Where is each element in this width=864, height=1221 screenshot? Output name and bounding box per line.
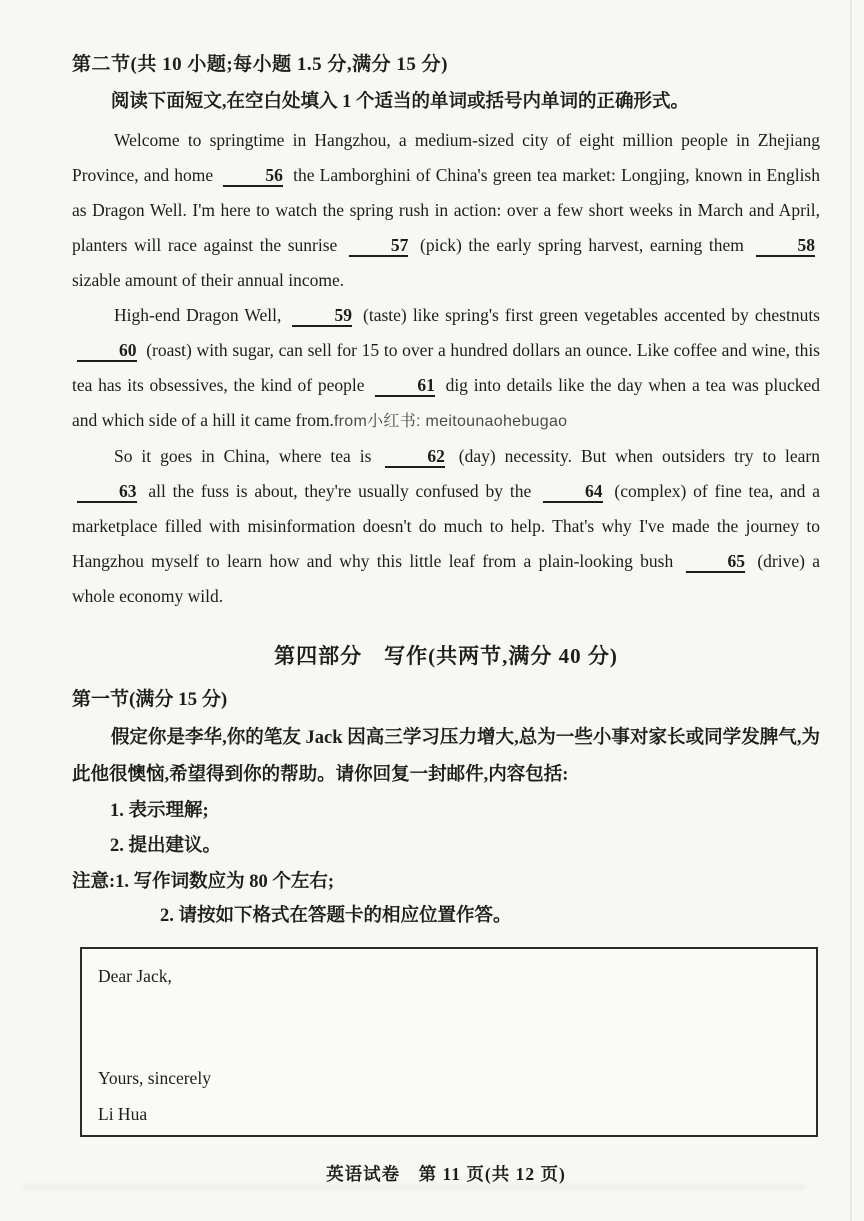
part-four-heading: 第四部分 写作(共两节,满分 40 分) bbox=[72, 640, 820, 672]
scan-edge-artifact-right bbox=[850, 0, 852, 1221]
passage-text: all the fuss is about, they're usually c… bbox=[142, 481, 539, 501]
passage-text: High-end Dragon Well, bbox=[114, 305, 287, 325]
passage-paragraph-1: Welcome to springtime in Hangzhou, a med… bbox=[72, 123, 820, 298]
passage-text: sizable amount of their annual income. bbox=[72, 270, 344, 290]
answer-format-box: Dear Jack, Yours, sincerely Li Hua bbox=[80, 947, 818, 1137]
letter-signature: Li Hua bbox=[98, 1099, 800, 1129]
letter-salutation: Dear Jack, bbox=[98, 961, 800, 991]
writing-point-2: 2. 提出建议。 bbox=[72, 829, 820, 864]
cloze-passage: Welcome to springtime in Hangzhou, a med… bbox=[72, 123, 820, 614]
cloze-blank-63: 63 bbox=[77, 481, 137, 503]
passage-paragraph-3: So it goes in China, where tea is 62 (da… bbox=[72, 439, 820, 614]
section-one-heading: 第一节(满分 15 分) bbox=[72, 684, 820, 716]
cloze-blank-62: 62 bbox=[385, 446, 445, 468]
passage-text: (taste) like spring's first green vegeta… bbox=[357, 305, 820, 325]
passage-paragraph-2: High-end Dragon Well, 59 (taste) like sp… bbox=[72, 298, 820, 439]
passage-text: So it goes in China, where tea is bbox=[114, 446, 380, 466]
writing-point-1: 1. 表示理解; bbox=[72, 794, 820, 829]
cloze-blank-60: 60 bbox=[77, 340, 137, 362]
watermark-text: from小红书: meitounaohebugao bbox=[334, 413, 567, 430]
passage-text: (day) necessity. But when outsiders try … bbox=[450, 446, 820, 466]
note-line-2: 2. 请按如下格式在答题卡的相应位置作答。 bbox=[72, 899, 820, 933]
cloze-blank-59: 59 bbox=[292, 305, 352, 327]
section-two-heading: 第二节(共 10 小题;每小题 1.5 分,满分 15 分) bbox=[72, 50, 820, 80]
cloze-blank-61: 61 bbox=[375, 375, 435, 397]
writing-prompt: 假定你是李华,你的笔友 Jack 因高三学习压力增大,总为一些小事对家长或同学发… bbox=[72, 720, 820, 794]
section-two-instruction: 阅读下面短文,在空白处填入 1 个适当的单词或括号内单词的正确形式。 bbox=[72, 87, 820, 117]
cloze-blank-64: 64 bbox=[543, 481, 603, 503]
exam-page: 第二节(共 10 小题;每小题 1.5 分,满分 15 分) 阅读下面短文,在空… bbox=[0, 0, 864, 1221]
cloze-blank-57: 57 bbox=[349, 235, 409, 257]
cloze-blank-65: 65 bbox=[686, 551, 746, 573]
note-line-1: 注意:1. 写作词数应为 80 个左右; bbox=[72, 865, 820, 899]
cloze-blank-56: 56 bbox=[223, 165, 283, 187]
page-footer: 英语试卷 第 11 页(共 12 页) bbox=[72, 1161, 820, 1186]
cloze-blank-58: 58 bbox=[756, 235, 816, 257]
passage-text: (pick) the early spring harvest, earning… bbox=[413, 235, 750, 255]
scan-edge-artifact-bottom bbox=[24, 1185, 804, 1189]
letter-closing: Yours, sincerely bbox=[98, 1063, 800, 1093]
